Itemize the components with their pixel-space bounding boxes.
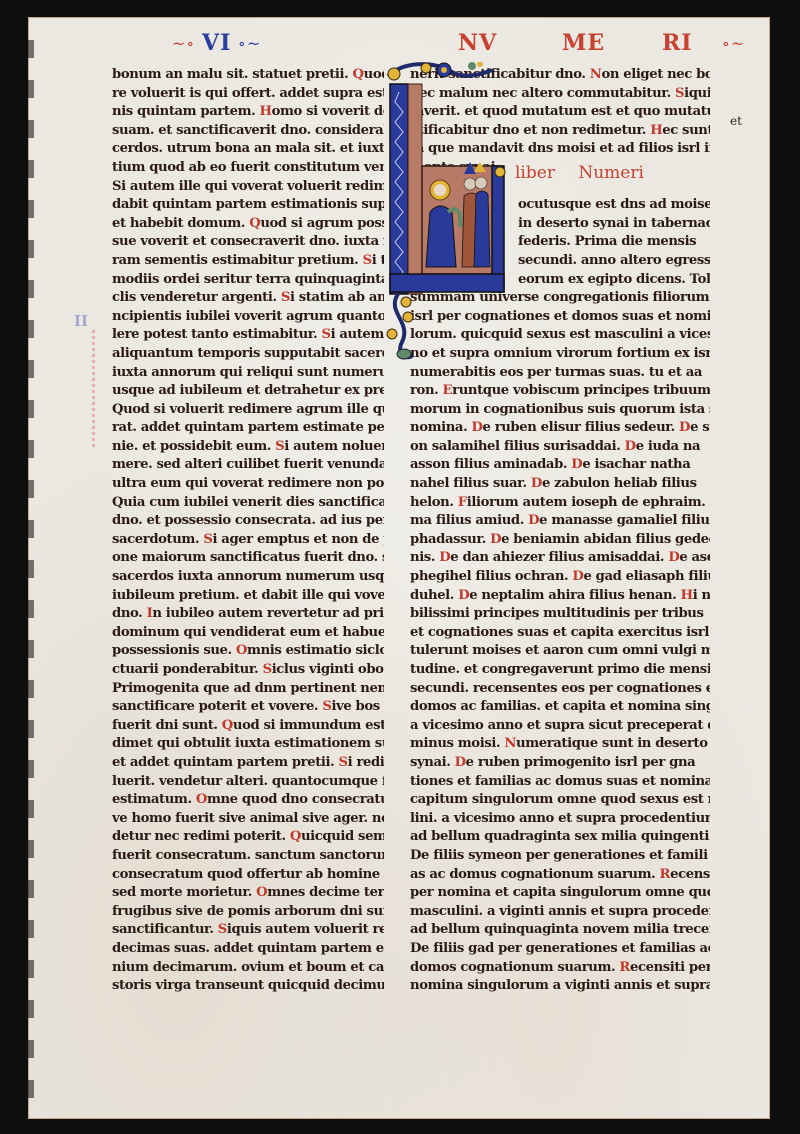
rubricated-initial: S — [321, 327, 330, 342]
rubricated-initial: D — [455, 755, 466, 770]
rubricated-initial: S — [339, 755, 348, 770]
text-line: tium quod ab eo fuerit constitutum venun… — [112, 159, 384, 178]
text-line: decimas suas. addet quintam partem earum… — [112, 940, 384, 959]
leaf-torn-edge — [20, 40, 34, 1100]
rubricated-initial: S — [281, 290, 290, 305]
rubricated-initial: D — [458, 588, 469, 603]
text-line: Si autem ille qui voverat voluerit redim… — [112, 178, 384, 197]
rubricated-initial: Q — [290, 829, 301, 844]
text-line: ma filius amiud. De manasse gamaliel fil… — [410, 512, 710, 531]
text-line: masculini. a viginti annis et supra proc… — [410, 903, 710, 922]
text-line: secundi. recensentes eos per cognationes… — [410, 680, 710, 699]
text-line: sacerdos iuxta annorum numerum usque ad — [112, 568, 384, 587]
text-line: consecratum quod offertur ab homine non … — [112, 866, 384, 885]
rubricated-initial: S — [675, 86, 684, 101]
text-line: as ac domus cognationum suarum. Recensit… — [410, 866, 710, 885]
text-line: iuxta annorum qui reliqui sunt numerum — [112, 364, 384, 383]
rubricated-initial: Q — [249, 216, 260, 231]
running-head-left: VI — [202, 30, 231, 56]
text-line: nomina singulorum a viginti annis et sup… — [410, 977, 710, 996]
chapter-number: II — [74, 312, 88, 330]
text-line: ram sementis estimabitur pretium. Si tri… — [112, 252, 384, 271]
text-line: capitum singulorum omne quod sexus est m… — [410, 791, 710, 810]
text-line: phegihel filius ochran. De gad eliasaph … — [410, 568, 710, 587]
text-line: domos cognationum suarum. Recensiti per — [410, 959, 710, 978]
text-line: modiis ordei seritur terra quinquaginta … — [112, 271, 384, 290]
text-line: one maiorum sanctificatus fuerit dno. su… — [112, 549, 384, 568]
rubricated-initial: D — [490, 532, 501, 547]
running-head-part-3: RI — [662, 30, 693, 56]
text-line: lere potest tanto estimabitur. Si autem … — [112, 326, 384, 345]
text-line: ad bellum quadraginta sex milia quingent… — [410, 828, 710, 847]
text-line: nahel filius suar. De zabulon heliab fil… — [410, 475, 710, 494]
text-line: duhel. De neptalim ahira filius henan. H… — [410, 587, 710, 606]
rubricated-initial: Q — [222, 718, 233, 733]
rubricated-initial: S — [322, 699, 331, 714]
rubricated-initial: D — [528, 513, 539, 528]
text-line: iubileum pretium. et dabit ille qui vove… — [112, 587, 384, 606]
text-line: numerabitis eos per turmas suas. tu et a… — [410, 364, 710, 383]
text-line: tudine. et congregaverunt primo die mens… — [410, 661, 710, 680]
text-line: et habebit domum. Quod si agrum possessi… — [112, 215, 384, 234]
rubricated-initial: D — [439, 550, 450, 565]
text-line: possessionis sue. Omnis estimatio siclo … — [112, 642, 384, 661]
text-line: dno. et possessio consecrata. ad ius per… — [112, 512, 384, 531]
text-line: morum in cognationibus suis quorum ista … — [410, 401, 710, 420]
rubricated-initial: H — [681, 588, 693, 603]
penwork-flourish: ~∘ — [172, 34, 195, 53]
text-line: dimet qui obtulit iuxta estimationem sua… — [112, 735, 384, 754]
text-line: per nomina et capita singulorum omne quo… — [410, 884, 710, 903]
rubricated-initial: S — [275, 439, 284, 454]
text-line: De filiis gad per generationes et famili… — [410, 940, 710, 959]
text-line: Primogenita que ad dnm pertinent nemo — [112, 680, 384, 699]
rubricated-initial: Q — [353, 67, 364, 82]
running-head-part-2: ME — [562, 30, 605, 56]
text-line: sanctificantur. Siquis autem voluerit re… — [112, 921, 384, 940]
text-line: nis. De dan ahiezer filius amisaddai. De… — [410, 549, 710, 568]
text-line: sanctificare poterit et vovere. Sive bos… — [112, 698, 384, 717]
rubricated-initial: O — [196, 792, 207, 807]
text-line: detur nec redimi poterit. Quicquid semel — [112, 828, 384, 847]
left-text-column: bonum an malu sit. statuet pretii. Quod … — [112, 66, 384, 996]
rubricated-initial: R — [619, 960, 630, 975]
rubricated-initial: D — [668, 550, 679, 565]
rubricated-initial: D — [572, 569, 583, 584]
text-line: clis venderetur argenti. Si statim ab an… — [112, 289, 384, 308]
text-line: tiones et familias ac domus suas et nomi… — [410, 773, 710, 792]
book-title-liber: liber — [515, 163, 555, 183]
text-line: Quia cum iubilei venerit dies sanctifica… — [112, 494, 384, 513]
text-line: et addet quintam partem pretii. Si redim… — [112, 754, 384, 773]
text-line: luerit. vendetur alteri. quantocumque fu… — [112, 773, 384, 792]
text-line: asson filius aminadab. De isachar natha — [410, 456, 710, 475]
text-line: ve homo fuerit sive animal sive ager. no… — [112, 810, 384, 829]
text-line: Quod si voluerit redimere agrum ille qui… — [112, 401, 384, 420]
text-line: ad bellum quinquaginta novem milia trece… — [410, 921, 710, 940]
running-head: ~∘ VI ∘~ NV ME RI ∘~ — [150, 30, 770, 58]
rubricated-initial: O — [256, 885, 267, 900]
rubricated-initial: S — [218, 922, 227, 937]
rubricated-initial: H — [650, 123, 662, 138]
rubricated-initial: S — [203, 532, 212, 547]
rubricated-initial: I — [147, 606, 153, 621]
rubricated-initial: S — [263, 662, 272, 677]
text-line: De filiis symeon per generationes et fam… — [410, 847, 710, 866]
text-line: phadassur. De beniamin abidan filius ged… — [410, 531, 710, 550]
text-line: bilissimi principes multitudinis per tri… — [410, 605, 710, 624]
text-line: ncipientis iubilei voverit agrum quanto … — [112, 308, 384, 327]
penwork-flourish: ∘~ — [238, 34, 261, 53]
text-line: bonum an malu sit. statuet pretii. Quod … — [112, 66, 384, 85]
book-title-numeri: Numeri — [578, 163, 644, 183]
rubricated-initial: F — [458, 495, 467, 510]
text-line: et cognationes suas et capita exercitus … — [410, 624, 710, 643]
rubricated-initial: D — [679, 420, 690, 435]
text-line: nie. et possidebit eum. Si autem nolueri… — [112, 438, 384, 457]
text-line: sue voverit et consecraverit dno. iuxta … — [112, 233, 384, 252]
text-line: tulerunt moises et aaron cum omni vulgi … — [410, 642, 710, 661]
text-line: ultra eum qui voverat redimere non poter… — [112, 475, 384, 494]
rubricated-initial: E — [443, 383, 453, 398]
text-line: synai. De ruben primogenito isrl per gna — [410, 754, 710, 773]
text-line: minus moisi. Numeratique sunt in deserto — [410, 735, 710, 754]
text-line: estimatum. Omne quod dno consecratur. si — [112, 791, 384, 810]
text-line: suam. et sanctificaverit dno. considerab… — [112, 122, 384, 141]
text-line: nomina. De ruben elisur filius sedeur. D… — [410, 419, 710, 438]
chapter-penwork-rule — [92, 330, 95, 450]
text-line: ron. Eruntque vobiscum principes tribuum… — [410, 382, 710, 401]
text-line: dabit quintam partem estimationis supra — [112, 196, 384, 215]
text-line: re voluerit is qui offert. addet supra e… — [112, 85, 384, 104]
text-line: rat. addet quintam partem estimate pecu — [112, 419, 384, 438]
rubricated-initial: S — [363, 253, 372, 268]
rubricated-initial: D — [531, 476, 542, 491]
rubricated-initial: D — [471, 420, 482, 435]
rubricated-initial: N — [590, 67, 602, 82]
text-line: dno. In iubileo autem revertetur ad prio… — [112, 605, 384, 624]
text-line: sed morte morietur. Omnes decime terre s… — [112, 884, 384, 903]
illuminated-initial-l — [382, 62, 510, 362]
text-line: fuerit dni sunt. Quod si immundum est an… — [112, 717, 384, 736]
margin-note: et — [730, 114, 742, 128]
rubricated-initial: D — [625, 439, 636, 454]
text-line: frugibus sive de pomis arborum dni sunt … — [112, 903, 384, 922]
historiated-initial-icon — [382, 62, 510, 362]
text-line: cerdos. utrum bona an mala sit. et iuxta… — [112, 140, 384, 159]
text-line: usque ad iubileum et detrahetur ex preti… — [112, 382, 384, 401]
rubricated-initial: H — [260, 104, 272, 119]
text-line: helon. Filiorum autem ioseph de ephraim.… — [410, 494, 710, 513]
text-line: storis virga transeunt quicquid decimum … — [112, 977, 384, 996]
penwork-flourish: ∘~ — [722, 34, 745, 53]
text-line: sacerdotum. Si ager emptus et non de pos… — [112, 531, 384, 550]
text-line: dominum qui vendiderat eum et habuerat i… — [112, 624, 384, 643]
text-line: lini. a vicesimo anno et supra procedent… — [410, 810, 710, 829]
text-line: nis quintam partem. Homo si voverit domu — [112, 103, 384, 122]
text-line: nium decimarum. ovium et boum et capraru… — [112, 959, 384, 978]
text-line: fuerit consecratum. sanctum sanctorum er… — [112, 847, 384, 866]
rubricated-initial: N — [504, 736, 516, 751]
rubricated-initial: D — [571, 457, 582, 472]
text-line: ctuarii ponderabitur. Siclus viginti obo… — [112, 661, 384, 680]
book-title-rubric: liber Numeri — [515, 163, 662, 183]
text-line: a vicesimo anno et supra sicut precepera… — [410, 717, 710, 736]
text-line: on salamihel filius surisaddai. De iuda … — [410, 438, 710, 457]
rubricated-initial: O — [236, 643, 247, 658]
text-line: aliquantum temporis supputabit sacerdos … — [112, 345, 384, 364]
rubricated-initial: R — [660, 867, 671, 882]
running-head-part-1: NV — [458, 30, 497, 56]
text-line: mere. sed alteri cuilibet fuerit venunda… — [112, 456, 384, 475]
text-line: domos ac familias. et capita et nomina s… — [410, 698, 710, 717]
